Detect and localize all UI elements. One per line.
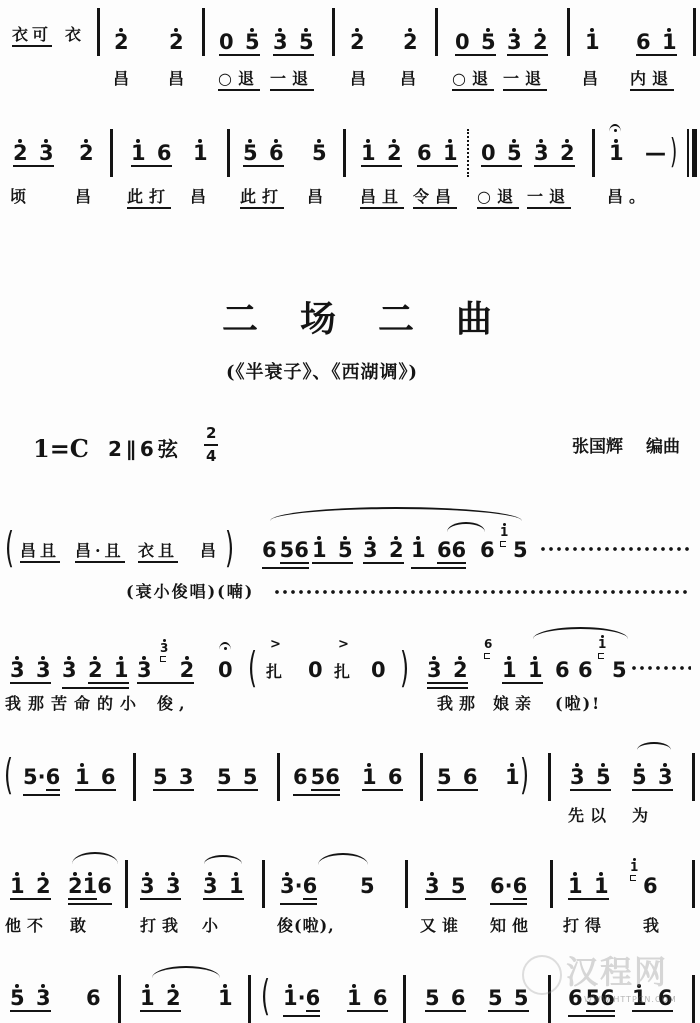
key-signature: 1=C bbox=[33, 435, 89, 463]
barline bbox=[567, 8, 570, 56]
note-group: 3 5 bbox=[570, 765, 611, 791]
grace-note: 1 bbox=[598, 637, 606, 651]
note: 2 bbox=[114, 30, 129, 54]
barline bbox=[97, 8, 100, 56]
note: 1 bbox=[585, 30, 600, 54]
grace-slide-icon bbox=[160, 656, 166, 662]
lyric: 小 bbox=[202, 916, 224, 936]
barline bbox=[435, 8, 438, 56]
grace-slide-icon bbox=[484, 653, 490, 659]
note-group: 1 6 bbox=[362, 765, 403, 791]
final-barline-thin bbox=[687, 129, 689, 177]
note-group: 1 6 bbox=[75, 765, 116, 791]
grace-note: 1 bbox=[500, 525, 508, 539]
barline bbox=[248, 975, 251, 1023]
time-signature-bottom: 4 bbox=[206, 448, 216, 464]
lyric: 昌 bbox=[400, 69, 422, 89]
note: 2 bbox=[180, 658, 195, 682]
lyric: 此打 bbox=[127, 187, 171, 209]
lyric: 昌 bbox=[582, 69, 604, 89]
note-group: 1 2 bbox=[361, 141, 402, 167]
lyric: 顷 bbox=[10, 187, 32, 207]
lyric: 我那苦命的小 bbox=[5, 694, 143, 714]
barline bbox=[693, 8, 696, 56]
note: 5· bbox=[23, 765, 46, 789]
lyric: 昌。 bbox=[607, 187, 651, 207]
grace-note: 3 bbox=[160, 641, 168, 655]
lyric: ○退 bbox=[477, 187, 519, 209]
lyric: 他不 bbox=[5, 916, 49, 936]
barline bbox=[227, 129, 230, 177]
note-group: 3 2 1 bbox=[62, 658, 129, 689]
slur bbox=[152, 966, 220, 978]
note: 1 bbox=[609, 141, 624, 165]
percussion-syllable: 扎 bbox=[334, 662, 354, 682]
grace-note: 1 bbox=[630, 860, 638, 874]
note: 2 1 bbox=[88, 658, 129, 684]
open-paren: ( bbox=[5, 525, 14, 571]
note: 1 bbox=[411, 538, 437, 562]
note: 6 bbox=[293, 765, 308, 789]
tie bbox=[447, 522, 485, 532]
sustain-dash: — bbox=[645, 141, 666, 165]
note-group: 6·6 bbox=[490, 874, 527, 905]
note-group: 0 5 bbox=[219, 30, 260, 56]
lyric: ○退 bbox=[452, 69, 494, 91]
note-group: 3 1 bbox=[203, 874, 244, 900]
composer-role: 编曲 bbox=[646, 436, 680, 458]
string-tuning: 2∥6弦 bbox=[108, 436, 182, 462]
close-paren: ) bbox=[520, 752, 529, 798]
note-group: 6 1 bbox=[417, 141, 458, 167]
note-group: 5·6 bbox=[23, 765, 60, 796]
barline bbox=[592, 129, 595, 177]
barline bbox=[343, 129, 346, 177]
note-group: 3 3 bbox=[140, 874, 181, 900]
note-group: 1 6 bbox=[347, 986, 388, 1012]
note: 6 bbox=[262, 538, 277, 562]
note: 6 bbox=[86, 986, 101, 1010]
note: 5 bbox=[612, 658, 627, 682]
barline bbox=[262, 860, 265, 908]
barline bbox=[133, 753, 136, 801]
barline bbox=[420, 753, 423, 801]
note: 3· bbox=[280, 874, 303, 898]
lyric: 内退 bbox=[630, 69, 674, 91]
fermata-icon bbox=[219, 642, 231, 652]
lyric: 令昌 bbox=[413, 187, 457, 209]
note: 3 bbox=[62, 658, 88, 682]
note-group: 1 5 bbox=[312, 538, 353, 564]
note-group: 5 5 bbox=[488, 986, 529, 1012]
barline bbox=[550, 860, 553, 908]
score-page: 衣可 衣 2 2 0 5 3 5 2 2 0 5 3 2 1 6 1 昌 昌 ○… bbox=[0, 0, 700, 1023]
barline bbox=[692, 753, 695, 801]
note-group: 2 3 bbox=[13, 141, 54, 167]
lyric: 俊, bbox=[157, 694, 191, 714]
barline bbox=[405, 860, 408, 908]
note: 21 bbox=[68, 874, 97, 900]
note-group: 5 6 bbox=[243, 141, 284, 167]
open-paren: ( bbox=[261, 973, 270, 1019]
lyric: 一退 bbox=[270, 69, 314, 91]
rest: 0 bbox=[218, 658, 233, 682]
accent-icon: > bbox=[338, 638, 349, 652]
lyric: 一退 bbox=[503, 69, 547, 91]
note-group: 5 5 bbox=[217, 765, 258, 791]
lyric: 俊(啦), bbox=[277, 916, 335, 936]
lyric: (啦)! bbox=[555, 694, 601, 714]
lyric: 昌 bbox=[190, 187, 212, 207]
grace-slide-icon bbox=[630, 875, 636, 881]
note: 6 bbox=[513, 874, 528, 900]
note-group: 1 6 bbox=[131, 141, 172, 167]
note: 1 bbox=[505, 765, 520, 789]
close-paren: ) bbox=[670, 134, 677, 170]
lyric: 昌 bbox=[75, 187, 97, 207]
grace-note: 6 bbox=[484, 637, 492, 651]
percussion-syllable: 衣可 bbox=[12, 25, 52, 47]
rest: 0 bbox=[308, 658, 323, 682]
note: 6· bbox=[490, 874, 513, 898]
note: 66 bbox=[437, 538, 466, 564]
slur bbox=[204, 855, 242, 864]
watermark-text: 汉程网 bbox=[566, 954, 668, 990]
percussion-syllable: 扎 bbox=[266, 662, 286, 682]
dotted-leader bbox=[540, 546, 690, 552]
note-group: 216 bbox=[68, 874, 112, 905]
note: 3 2 bbox=[427, 658, 468, 684]
lyric: 娘亲 bbox=[493, 694, 537, 714]
dotted-barline bbox=[467, 129, 469, 177]
lyric: 又谁 bbox=[420, 916, 464, 936]
lyric: 昌 bbox=[307, 187, 329, 207]
lyric: 此打 bbox=[240, 187, 284, 209]
lyric: 昌 bbox=[350, 69, 372, 89]
note: 3 bbox=[137, 658, 152, 682]
note-group: 3 2 bbox=[363, 538, 404, 564]
note-group: 1·6 bbox=[283, 986, 320, 1017]
lyric: 昌 bbox=[113, 69, 135, 89]
note: 6 bbox=[555, 658, 570, 682]
close-paren: ) bbox=[225, 525, 234, 571]
barline bbox=[548, 753, 551, 801]
note: 6 bbox=[480, 538, 495, 562]
note: 2 bbox=[350, 30, 365, 54]
lyric: ○退 bbox=[218, 69, 260, 91]
percussion-syllable: 衣 bbox=[65, 25, 85, 45]
slur bbox=[270, 507, 522, 521]
lyric: 先以 bbox=[568, 806, 612, 826]
lyric: (衰小俊唱)(喃) bbox=[126, 582, 254, 602]
note: 1 bbox=[193, 141, 208, 165]
barline bbox=[692, 975, 695, 1023]
lyric: 昌且 bbox=[360, 187, 404, 209]
slur bbox=[637, 742, 671, 750]
note-group: 1 66 bbox=[411, 538, 466, 569]
watermark-url: WWW.HTTPCN.COM bbox=[584, 995, 677, 1005]
page-title: 二场二曲 bbox=[222, 300, 534, 340]
lyric: 打得 bbox=[563, 916, 607, 936]
note-group: 656 bbox=[293, 765, 340, 796]
note-group: 3·6 bbox=[280, 874, 317, 905]
note-group: 3 3 bbox=[10, 658, 51, 684]
dotted-leader bbox=[631, 665, 691, 671]
lyric: 昌 bbox=[168, 69, 190, 89]
final-barline-thick bbox=[692, 129, 697, 177]
subtitle: (《半衰子》、《西湖调》) bbox=[226, 362, 418, 384]
note: 2 bbox=[169, 30, 184, 54]
slur bbox=[318, 853, 368, 865]
open-paren: ( bbox=[4, 752, 13, 798]
note-group: 656 bbox=[262, 538, 309, 569]
barline bbox=[125, 860, 128, 908]
lyric: 我那 bbox=[437, 694, 481, 714]
barline bbox=[403, 975, 406, 1023]
barline bbox=[118, 975, 121, 1023]
barline bbox=[332, 8, 335, 56]
composer-name: 张国辉 bbox=[572, 436, 623, 458]
note-group: 1 2 bbox=[10, 874, 51, 900]
note-group: 3 2 bbox=[534, 141, 575, 167]
lyric: 为 bbox=[632, 806, 654, 826]
note: 1· bbox=[283, 986, 306, 1010]
note-group: 5 3 bbox=[153, 765, 194, 791]
percussion-syllable: 昌·且 bbox=[75, 541, 125, 563]
open-paren: ( bbox=[248, 645, 257, 691]
lyric: 我 bbox=[643, 916, 665, 936]
note-group: 0 5 bbox=[481, 141, 522, 167]
barline bbox=[202, 8, 205, 56]
lyric: 知他 bbox=[490, 916, 534, 936]
slur bbox=[72, 852, 118, 864]
watermark-logo-icon bbox=[522, 955, 562, 995]
lyric: 敢 bbox=[70, 916, 92, 936]
note-group: 6 1 bbox=[636, 30, 677, 56]
note-group: 1 1 bbox=[568, 874, 609, 900]
note: 2 bbox=[403, 30, 418, 54]
note: 6 bbox=[306, 986, 321, 1012]
note-group: 3 5 bbox=[425, 874, 466, 900]
note-group: 1 2 bbox=[140, 986, 181, 1012]
note: 5 bbox=[360, 874, 375, 898]
barline bbox=[692, 860, 695, 908]
accent-icon: > bbox=[270, 638, 281, 652]
lyric: 一退 bbox=[527, 187, 571, 209]
percussion-syllable: 昌且 bbox=[20, 541, 60, 563]
note: 6 bbox=[303, 874, 318, 900]
note: 1 bbox=[218, 986, 233, 1010]
dotted-leader bbox=[274, 589, 687, 595]
note-group: 5 3 bbox=[10, 986, 51, 1012]
note: 6 bbox=[578, 658, 593, 682]
note-group: 0 5 bbox=[455, 30, 496, 56]
slur bbox=[533, 627, 628, 639]
note: 2 bbox=[79, 141, 94, 165]
note-group: 3 2 bbox=[507, 30, 548, 56]
grace-slide-icon bbox=[598, 653, 604, 659]
note: 5 bbox=[312, 141, 327, 165]
note-group: 5 3 bbox=[632, 765, 673, 791]
note-group: 3 5 bbox=[273, 30, 314, 56]
close-paren: ) bbox=[400, 645, 409, 691]
note: 6 bbox=[97, 874, 112, 898]
note: 5 bbox=[513, 538, 528, 562]
note: 56 bbox=[311, 765, 340, 791]
percussion-syllable: 昌 bbox=[200, 541, 220, 561]
time-signature-line bbox=[204, 444, 218, 446]
grace-slide-icon bbox=[500, 541, 506, 547]
percussion-syllable: 衣且 bbox=[138, 541, 178, 563]
barline bbox=[277, 753, 280, 801]
fermata-icon bbox=[609, 124, 621, 134]
note-group: 5 6 bbox=[437, 765, 478, 791]
barline bbox=[110, 129, 113, 177]
note: 6 bbox=[643, 874, 658, 898]
note-group: 1 1 bbox=[502, 658, 543, 684]
rest: 0 bbox=[371, 658, 386, 682]
note: 56 bbox=[280, 538, 309, 564]
time-signature-top: 2 bbox=[206, 425, 216, 441]
note-group: 3 2 bbox=[427, 658, 468, 689]
note: 6 bbox=[46, 765, 61, 791]
lyric: 打我 bbox=[140, 916, 184, 936]
note-group: 5 6 bbox=[425, 986, 466, 1012]
